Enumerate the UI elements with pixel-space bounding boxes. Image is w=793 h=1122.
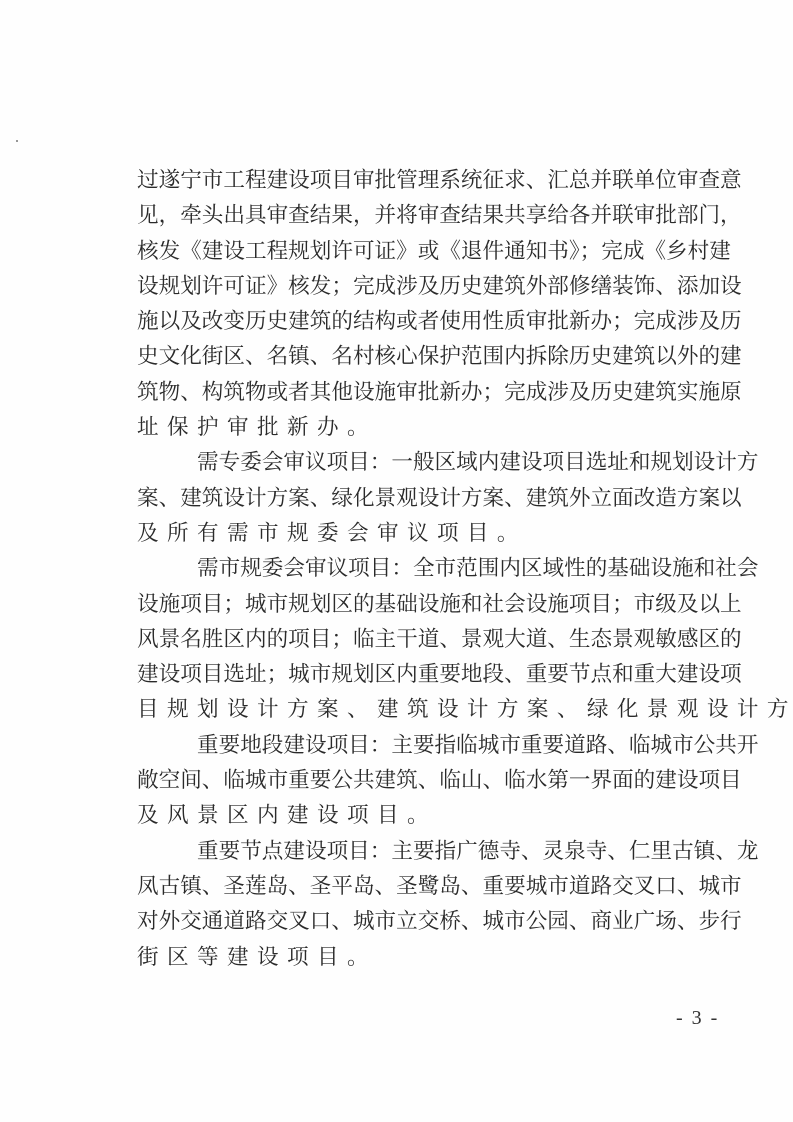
- page-number: - 3 -: [676, 1007, 719, 1030]
- text-line: 史文化街区、名镇、名村核心保护范围内拆除历史建筑以外的建: [137, 339, 717, 374]
- paragraph-approval-continuation: 过遂宁市工程建设项目审批管理系统征求、汇总并联单位审查意 见，牵头出具审查结果，…: [137, 163, 717, 445]
- paragraph-special-committee-review: 需专委会审议项目：一般区域内建设项目选址和规划设计方 案、建筑设计方案、绿化景观…: [77, 445, 717, 551]
- text-line: 及风景区内建设项目。: [137, 798, 717, 833]
- text-line: 设施项目；城市规划区的基础设施和社会设施项目；市级及以上: [137, 587, 717, 622]
- text-line: 址保护审批新办。: [137, 410, 717, 445]
- text-line: 需市规委会审议项目：全市范围内区域性的基础设施和社会: [137, 551, 717, 586]
- text-line: 案、建筑设计方案、绿化景观设计方案、建筑外立面改造方案以: [137, 481, 717, 516]
- text-line: 风景名胜区内的项目；临主干道、景观大道、生态景观敏感区的: [137, 622, 717, 657]
- document-body: 过遂宁市工程建设项目审批管理系统征求、汇总并联单位审查意 见，牵头出具审查结果，…: [137, 163, 717, 975]
- text-line: 核发《建设工程规划许可证》或《退件通知书》；完成《乡村建: [137, 234, 717, 269]
- text-line: 重要地段建设项目：主要指临城市重要道路、临城市公共开: [137, 728, 717, 763]
- paragraph-planning-committee-review: 需市规委会审议项目：全市范围内区域性的基础设施和社会 设施项目；城市规划区的基础…: [77, 551, 717, 727]
- scan-speck: [16, 140, 18, 142]
- text-line: 重要节点建设项目：主要指广德寺、灵泉寺、仁里古镇、龙: [137, 834, 717, 869]
- text-line: 设规划许可证》核发；完成涉及历史建筑外部修缮装饰、添加设: [137, 269, 717, 304]
- text-line: 及所有需市规委会审议项目。: [137, 516, 717, 551]
- text-line: 建设项目选址；城市规划区内重要地段、重要节点和重大建设项: [137, 657, 717, 692]
- paragraph-important-node-projects: 重要节点建设项目：主要指广德寺、灵泉寺、仁里古镇、龙 凤古镇、圣莲岛、圣平岛、圣…: [77, 834, 717, 975]
- text-line: 筑物、构筑物或者其他设施审批新办；完成涉及历史建筑实施原: [137, 375, 717, 410]
- document-page: 过遂宁市工程建设项目审批管理系统征求、汇总并联单位审查意 见，牵头出具审查结果，…: [0, 0, 793, 1122]
- text-line: 街区等建设项目。: [137, 940, 717, 975]
- text-line: 目规划设计方案、建筑设计方案、绿化景观设计方案。其中：: [137, 692, 717, 727]
- text-line: 过遂宁市工程建设项目审批管理系统征求、汇总并联单位审查意: [137, 163, 717, 198]
- paragraph-important-section-projects: 重要地段建设项目：主要指临城市重要道路、临城市公共开 敞空间、临城市重要公共建筑…: [77, 728, 717, 834]
- text-line: 凤古镇、圣莲岛、圣平岛、圣鹭岛、重要城市道路交叉口、城市: [137, 869, 717, 904]
- text-line: 施以及改变历史建筑的结构或者使用性质审批新办；完成涉及历: [137, 304, 717, 339]
- text-line: 敞空间、临城市重要公共建筑、临山、临水第一界面的建设项目: [137, 763, 717, 798]
- text-line: 需专委会审议项目：一般区域内建设项目选址和规划设计方: [137, 445, 717, 480]
- text-line: 对外交通道路交叉口、城市立交桥、城市公园、商业广场、步行: [137, 904, 717, 939]
- text-line: 见，牵头出具审查结果，并将审查结果共享给各并联审批部门，: [137, 198, 717, 233]
